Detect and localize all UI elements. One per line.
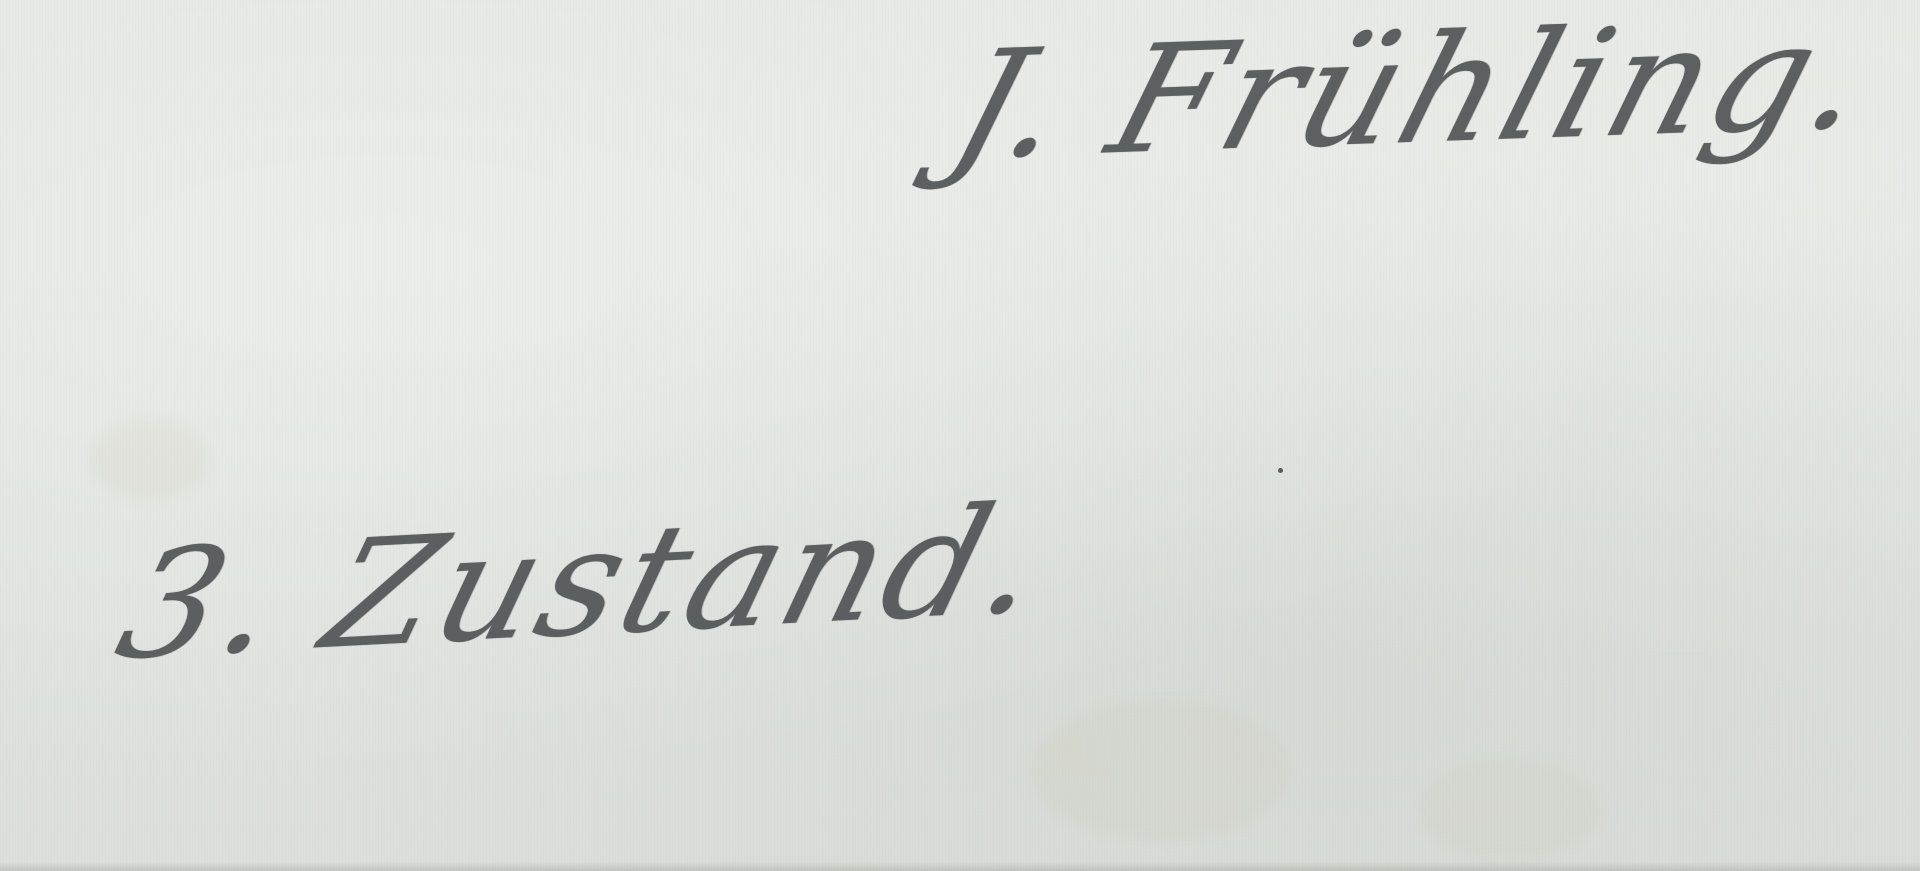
paper-stain: [1030, 700, 1290, 840]
pencil-mark: [1278, 468, 1283, 473]
paper-stain: [90, 420, 210, 500]
paper-stain: [1420, 760, 1600, 860]
paper-bottom-edge: [0, 861, 1920, 871]
handwritten-line-bottom: 3. Zustand.: [101, 473, 1065, 694]
handwritten-line-top: J. Frühling.: [935, 0, 1892, 194]
paper-photo: { "document": { "type": "handwritten-not…: [0, 0, 1920, 871]
